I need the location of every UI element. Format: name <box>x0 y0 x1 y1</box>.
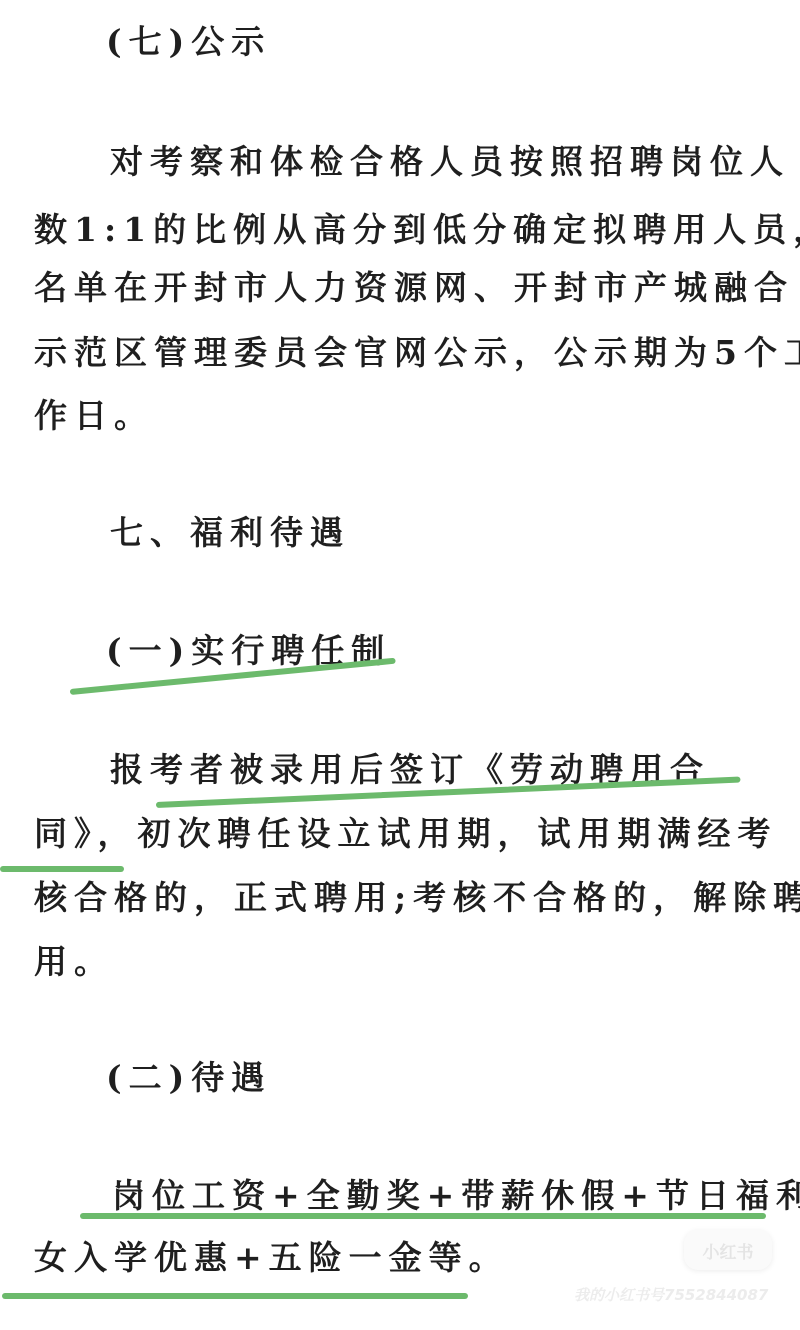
paragraph-line: 名单在开封市人力资源网、开封市产城融合 <box>34 268 794 308</box>
xiaohongshu-logo-watermark: 小红书 <box>684 1230 772 1270</box>
paragraph-line: 女入学优惠+五险一金等。 <box>34 1238 509 1278</box>
paragraph-line: 作日。 <box>34 396 154 436</box>
chapter-heading-benefits: 七、福利待遇 <box>110 513 350 553</box>
paragraph-line: 对考察和体检合格人员按照招聘岗位人 <box>110 142 790 182</box>
green-highlight-stroke <box>2 1293 468 1299</box>
paragraph-line: 示范区管理委员会官网公示，公示期为5个工 <box>34 333 800 373</box>
paragraph-line: 同》，初次聘任设立试用期，试用期满经考 <box>34 814 778 854</box>
subsection-heading-compensation: (二)待遇 <box>106 1058 271 1098</box>
paragraph-line: 核合格的，正式聘用;考核不合格的，解除聘 <box>34 878 800 918</box>
paragraph-line: 用。 <box>34 942 114 982</box>
section-heading-publicity: (七)公示 <box>106 22 271 62</box>
account-id-watermark: 我的小红书号7552844087 <box>574 1284 768 1305</box>
green-highlight-stroke <box>80 1213 766 1219</box>
paragraph-line: 岗位工资+全勤奖+带薪休假+节日福利+子 <box>112 1176 800 1216</box>
green-highlight-stroke <box>0 866 124 872</box>
paragraph-line: 数1:1的比例从高分到低分确定拟聘用人员， <box>34 210 800 250</box>
